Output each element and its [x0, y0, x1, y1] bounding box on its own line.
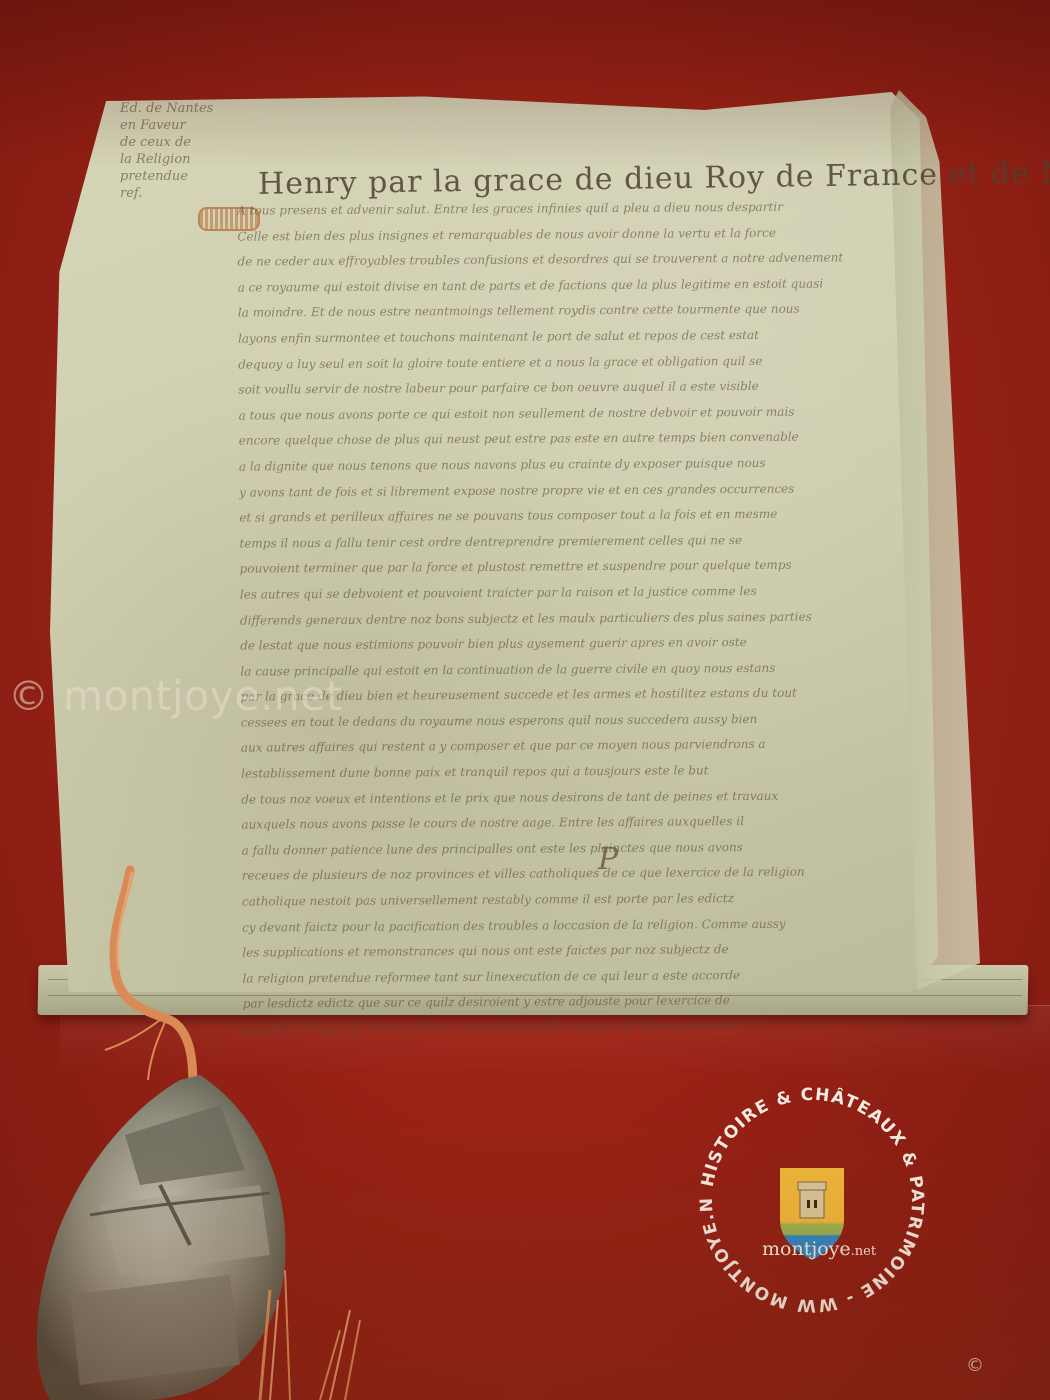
signature-mark: P [598, 842, 618, 877]
margin-note-line: en Faveur [120, 117, 280, 134]
badge-domain-main: montjoye [762, 1238, 851, 1260]
document-body: A tous presens et advenir salut. Entre l… [237, 193, 983, 1043]
montjoye-logo-badge: HISTOIRE & CHÂTEAUX & PATRIMOINE - WW MO… [692, 1080, 932, 1320]
cord-tassel-icon [250, 1270, 370, 1400]
margin-note-line: de ceux de [120, 134, 280, 151]
margin-note-line: la Religion [120, 151, 280, 168]
castle-tower-icon [800, 1188, 824, 1218]
badge-domain-tld: .net [851, 1244, 876, 1259]
copyright-icon: © [966, 1355, 984, 1376]
margin-note-line: Ed. de Nantes [120, 100, 280, 117]
badge-domain-text: montjoye.net [762, 1238, 862, 1260]
manuscript-line: leurdicte religion la liberte de leurs c… [243, 1012, 983, 1043]
margin-annotation: Ed. de Nantes en Faveur de ceux de la Re… [120, 100, 280, 202]
watermark-text: © montjoye.net [8, 672, 342, 720]
margin-note-line: pretendue [120, 168, 280, 185]
